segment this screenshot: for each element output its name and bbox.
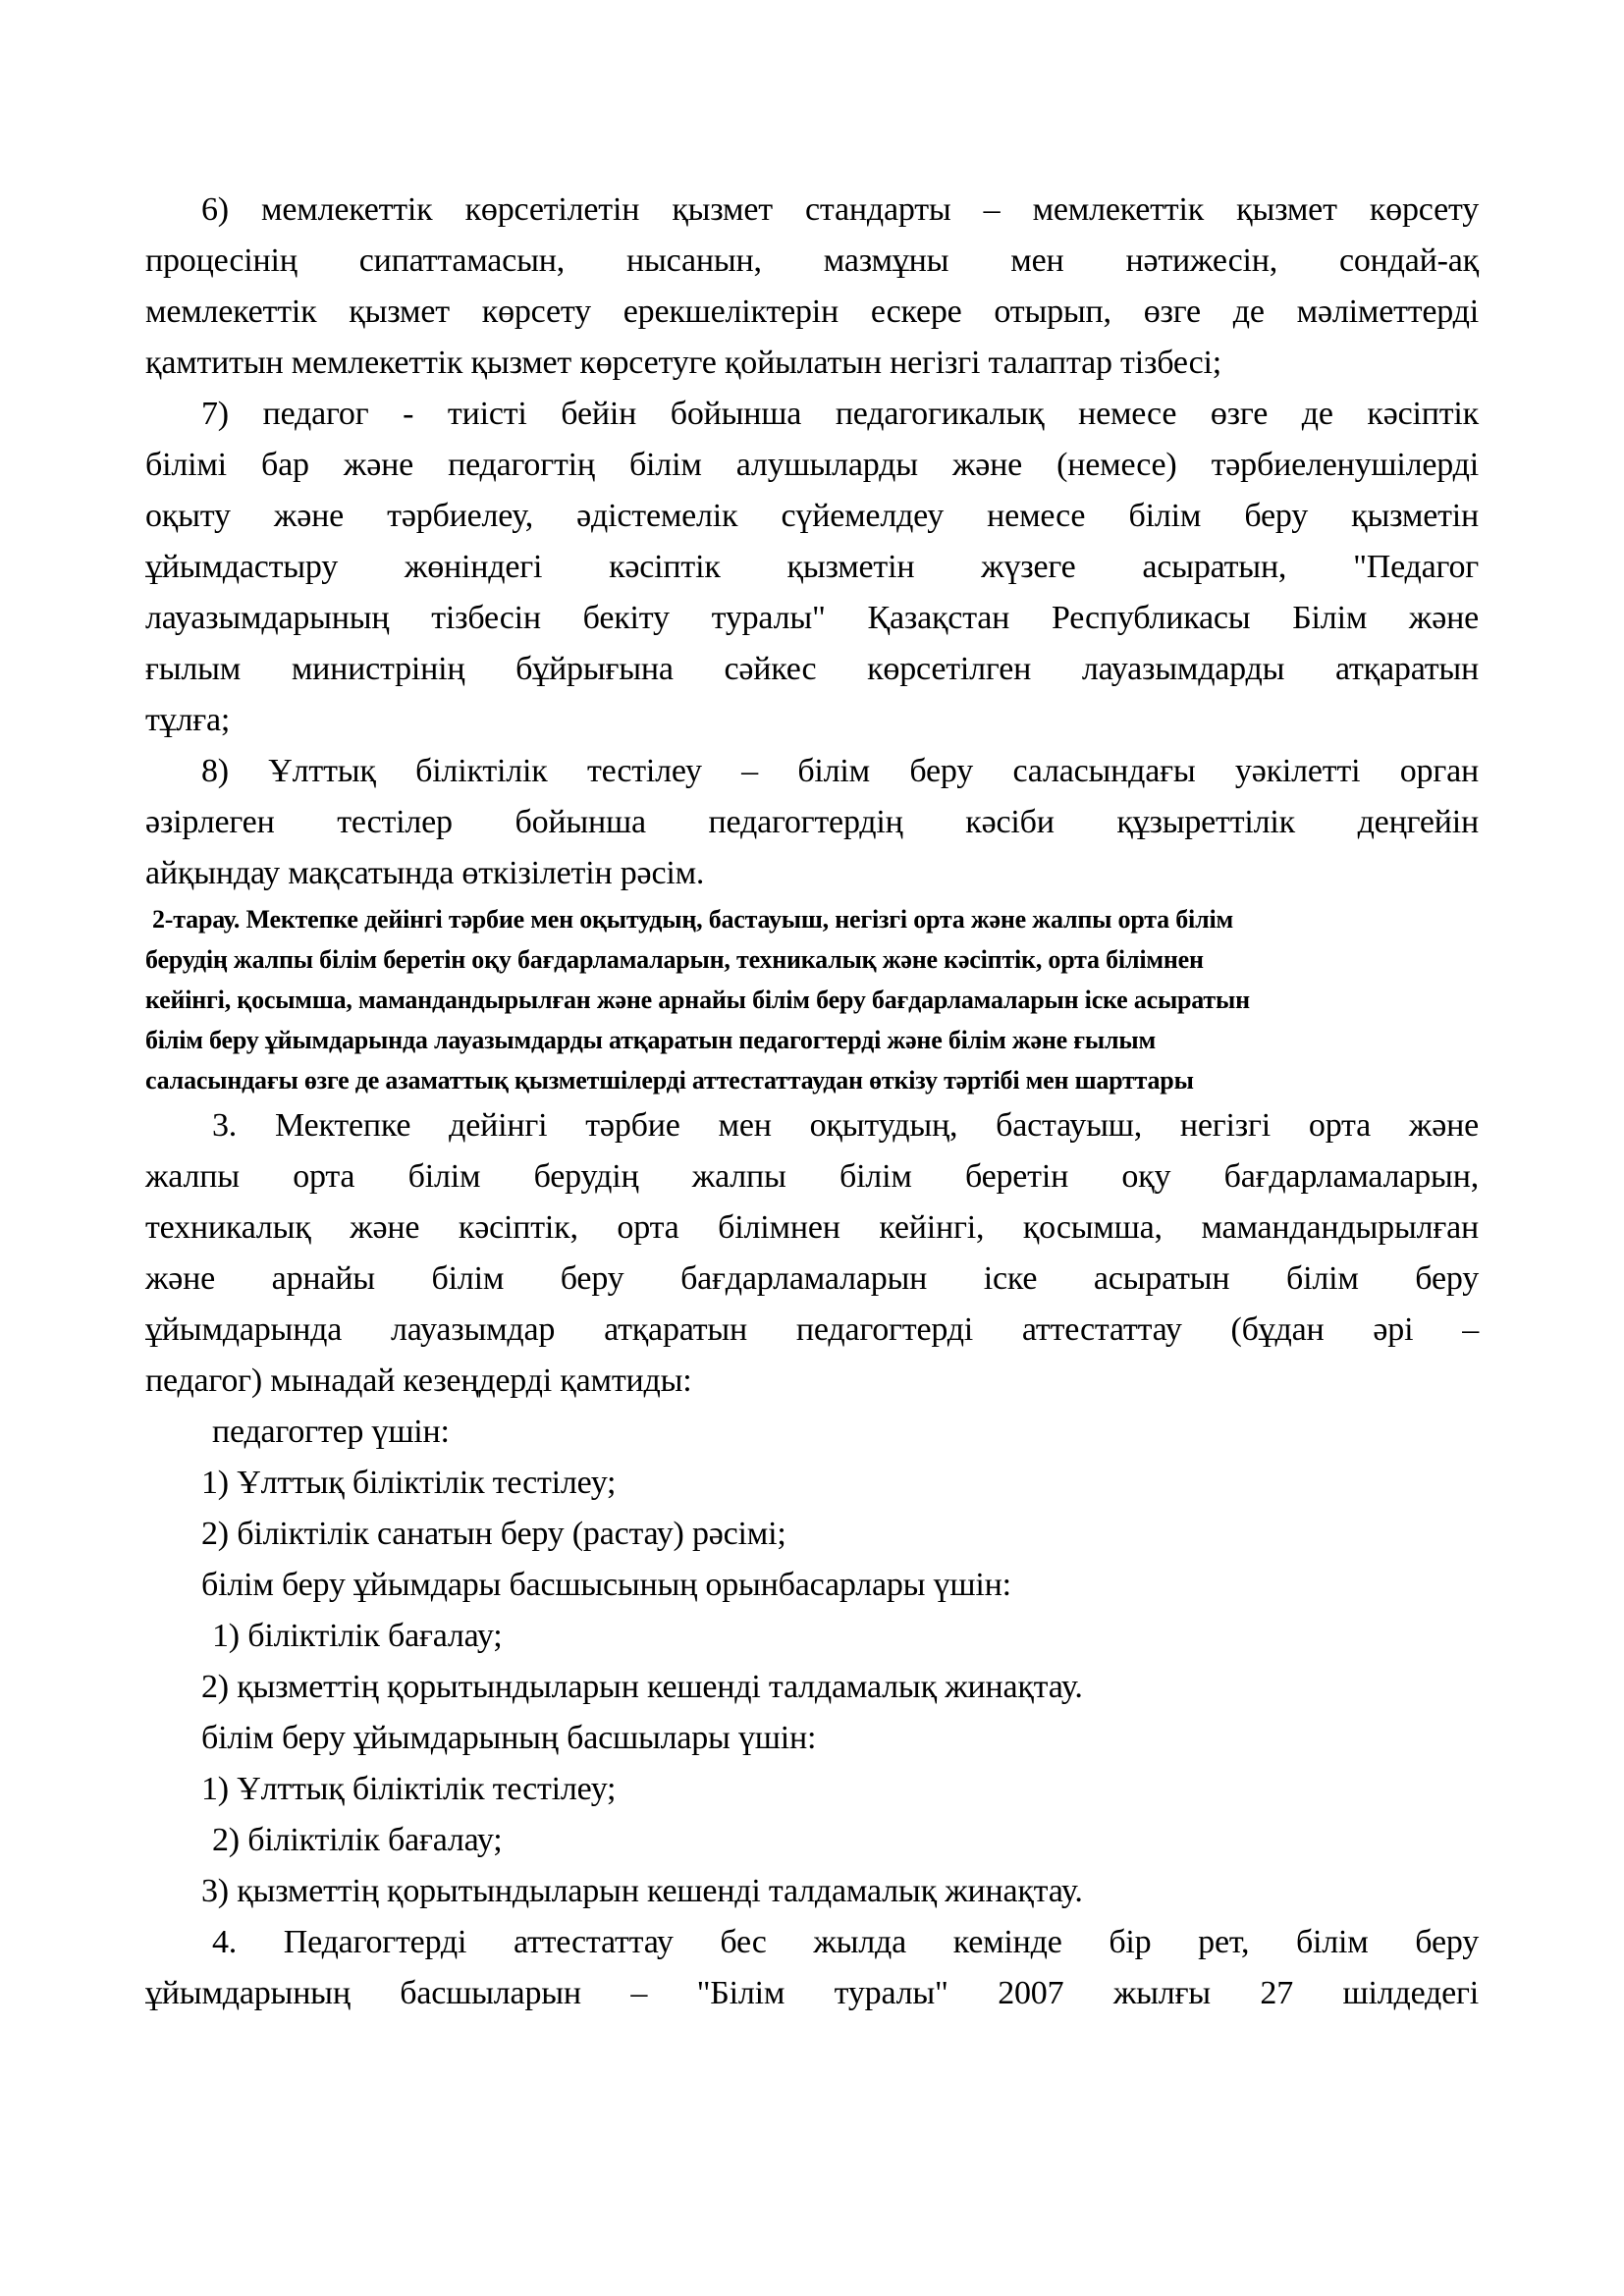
text-line: 4. Педагогтерді аттестаттау бес жылда ке…: [145, 1917, 1479, 1968]
text-line: оқыту және тәрбиелеу, әдістемелік сүйеме…: [145, 491, 1479, 542]
text-line: ұйымдарында лауазымдар атқаратын педагог…: [145, 1305, 1479, 1356]
text-line: білім беру ұйымдарының басшылары үшін:: [145, 1713, 1479, 1764]
heading-line: кейінгі, қосымша, мамандандырылған және …: [145, 980, 1479, 1020]
text-line: 8) Ұлттық біліктілік тестілеу – білім бе…: [145, 746, 1479, 797]
heading-line: берудің жалпы білім беретін оқу бағдарла…: [145, 939, 1479, 980]
text-line: 6) мемлекеттік көрсетілетін қызмет станд…: [145, 185, 1479, 236]
text-line: білім беру ұйымдары басшысының орынбасар…: [145, 1560, 1479, 1611]
text-line: ұйымдастыру жөніндегі кәсіптік қызметін …: [145, 542, 1479, 593]
text-line: 2) біліктілік бағалау;: [145, 1815, 1479, 1866]
text-line: ғылым министрінің бұйрығына сәйкес көрсе…: [145, 644, 1479, 695]
text-line: 3. Мектепке дейінгі тәрбие мен оқытудың,…: [145, 1100, 1479, 1151]
text-line: техникалық және кәсіптік, орта білімнен …: [145, 1202, 1479, 1254]
text-line: процесінің сипаттамасын, нысанын, мазмұн…: [145, 236, 1479, 287]
text-line: 7) педагог - тиісті бейін бойынша педаго…: [145, 389, 1479, 440]
text-line: педагог) мынадай кезеңдерді қамтиды:: [145, 1356, 1479, 1407]
text-line: білімі бар және педагогтің білім алушыла…: [145, 440, 1479, 491]
stages-list: педагогтер үшін:1) Ұлттық біліктілік тес…: [145, 1407, 1479, 1917]
text-line: 1) біліктілік бағалау;: [145, 1611, 1479, 1662]
heading-line: 2-тарау. Мектепке дейінгі тәрбие мен оқы…: [145, 899, 1479, 939]
text-line: тұлға;: [145, 695, 1479, 746]
text-line: ұйымдарының басшыларын – "Білім туралы" …: [145, 1968, 1479, 2019]
heading-line: саласындағы өзге де азаматтық қызметшіле…: [145, 1060, 1479, 1100]
paragraph-8: 8) Ұлттық біліктілік тестілеу – білім бе…: [145, 746, 1479, 899]
text-line: 2) біліктілік санатын беру (растау) рәсі…: [145, 1509, 1479, 1560]
text-line: 3) қызметтің қорытындыларын кешенді талд…: [145, 1866, 1479, 1917]
text-line: 2) қызметтің қорытындыларын кешенді талд…: [145, 1662, 1479, 1713]
text-line: 1) Ұлттық біліктілік тестілеу;: [145, 1458, 1479, 1509]
paragraph-7: 7) педагог - тиісті бейін бойынша педаго…: [145, 389, 1479, 746]
text-line: лауазымдарының тізбесін бекіту туралы" Қ…: [145, 593, 1479, 644]
chapter-2-heading: 2-тарау. Мектепке дейінгі тәрбие мен оқы…: [145, 899, 1479, 1100]
text-line: және арнайы білім беру бағдарламаларын і…: [145, 1254, 1479, 1305]
text-line: 1) Ұлттық біліктілік тестілеу;: [145, 1764, 1479, 1815]
text-line: педагогтер үшін:: [145, 1407, 1479, 1458]
paragraph-3: 3. Мектепке дейінгі тәрбие мен оқытудың,…: [145, 1100, 1479, 1407]
text-line: қамтитын мемлекеттік қызмет көрсетуге қо…: [145, 338, 1479, 389]
heading-line: білім беру ұйымдарында лауазымдарды атқа…: [145, 1020, 1479, 1060]
document-page: 6) мемлекеттік көрсетілетін қызмет станд…: [0, 0, 1624, 2296]
text-line: жалпы орта білім берудің жалпы білім бер…: [145, 1151, 1479, 1202]
paragraph-6: 6) мемлекеттік көрсетілетін қызмет станд…: [145, 185, 1479, 389]
text-line: айқындау мақсатында өткізілетін рәсім.: [145, 848, 1479, 899]
text-column: 6) мемлекеттік көрсетілетін қызмет станд…: [145, 185, 1479, 2019]
text-line: әзірлеген тестілер бойынша педагогтердің…: [145, 797, 1479, 848]
paragraph-4: 4. Педагогтерді аттестаттау бес жылда ке…: [145, 1917, 1479, 2019]
text-line: мемлекеттік қызмет көрсету ерекшеліктері…: [145, 287, 1479, 338]
